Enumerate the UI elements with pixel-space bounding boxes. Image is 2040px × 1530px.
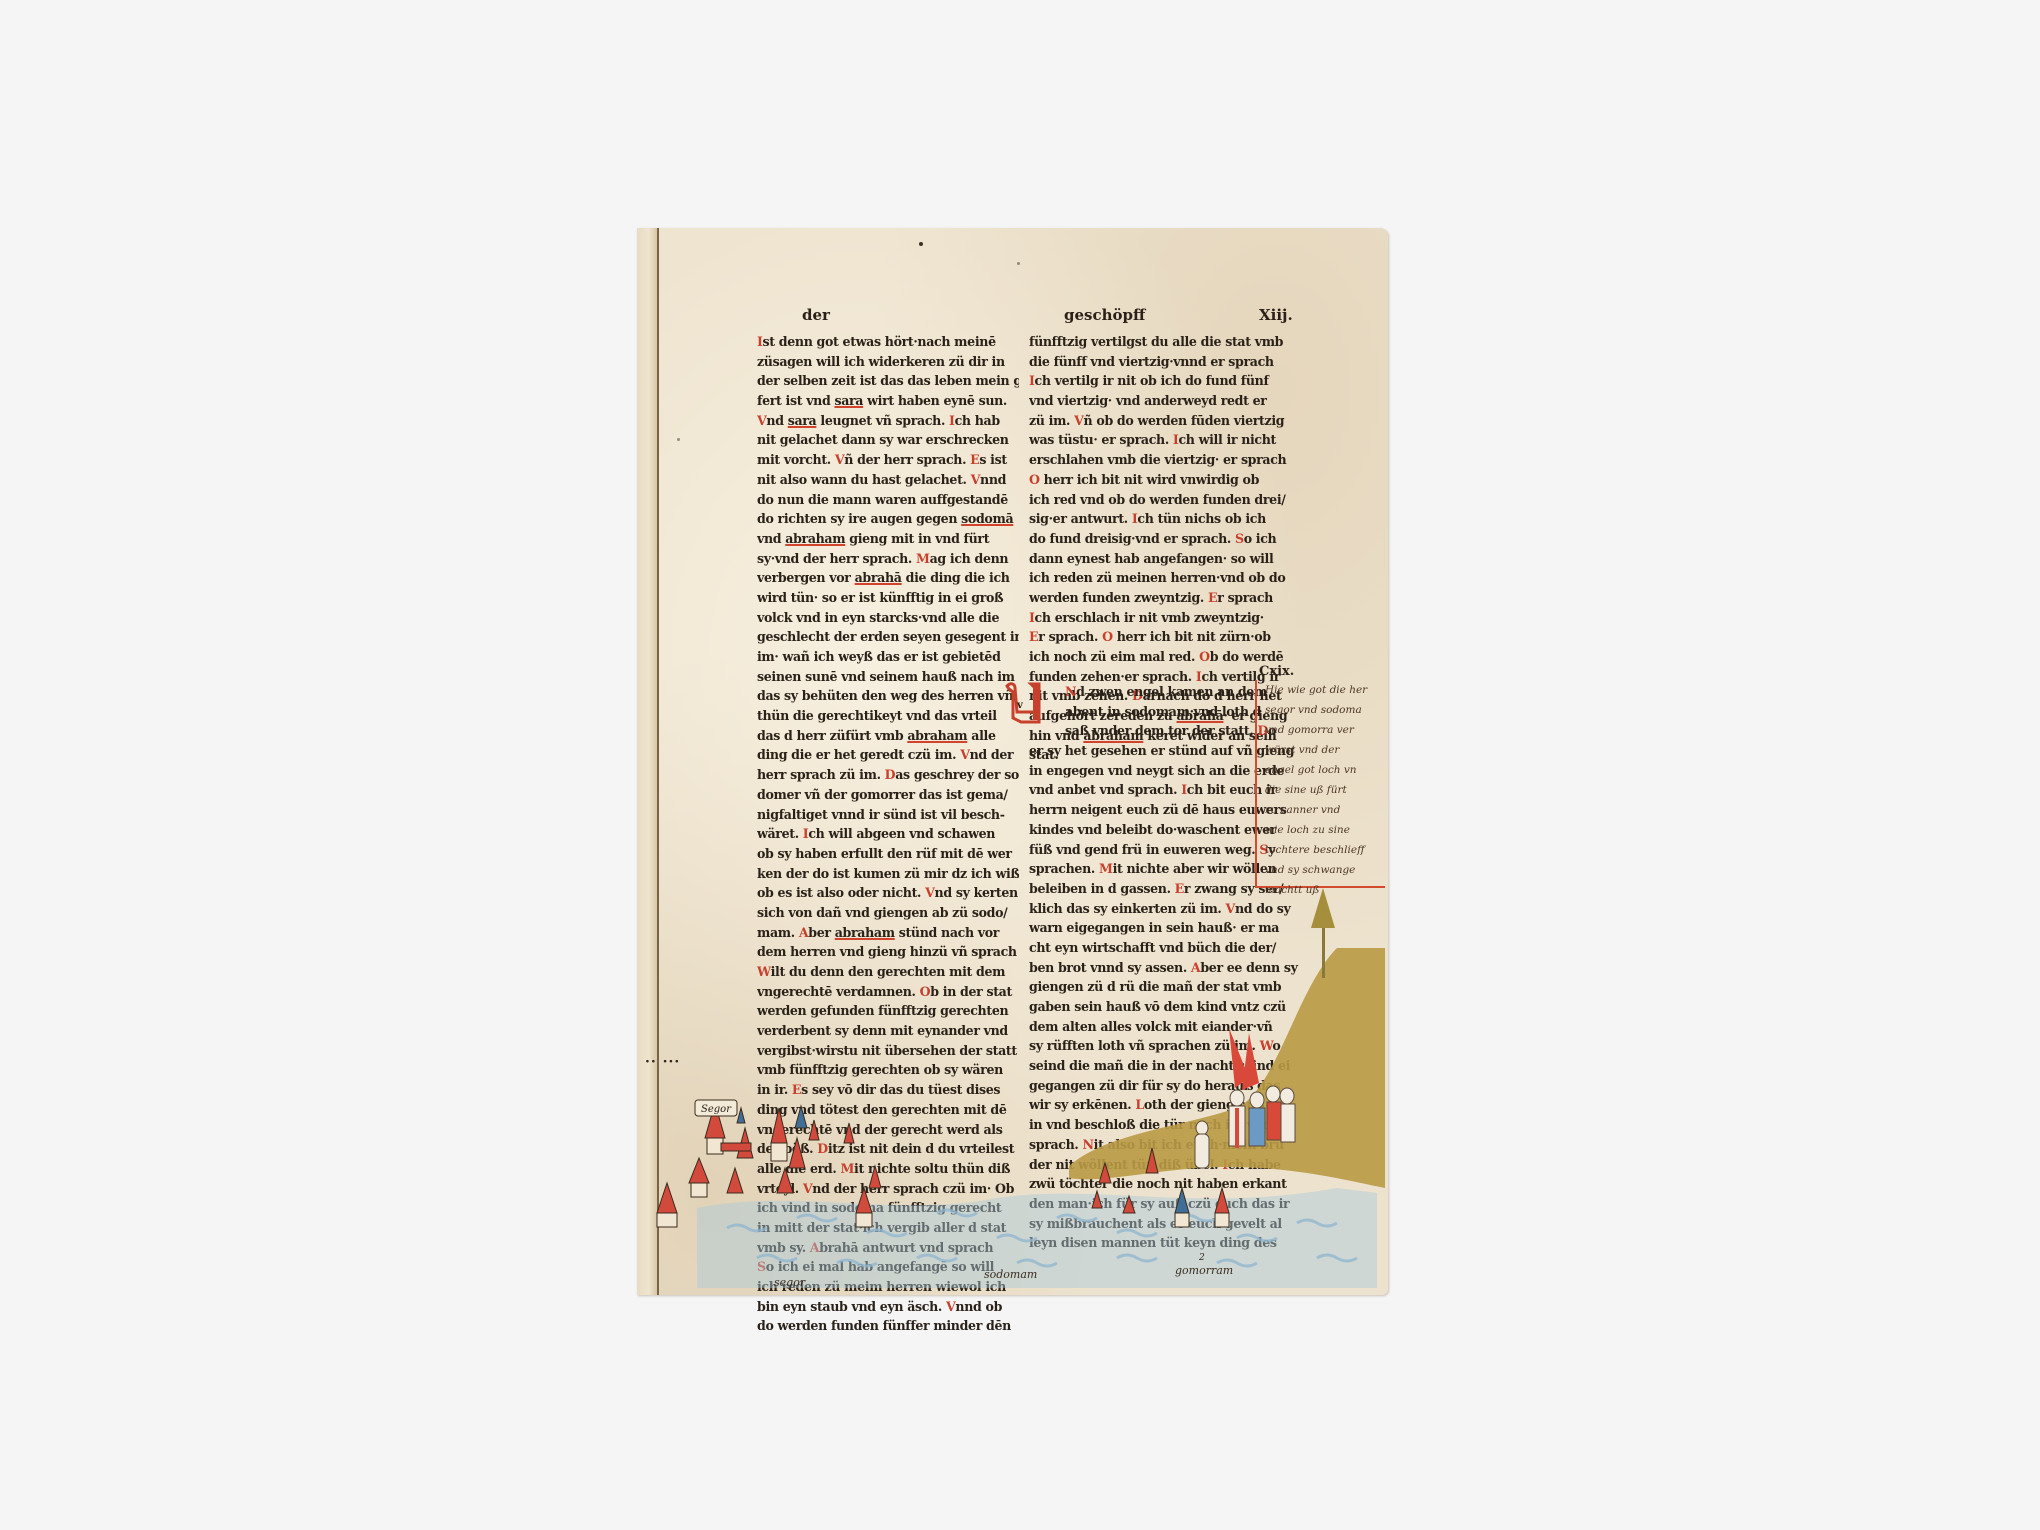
text-line: in ir. Es sey vō dir das du tüest dises bbox=[757, 1080, 1019, 1100]
text-line: zü im. Vñ ob do werden fūden viertzig bbox=[1029, 411, 1299, 431]
marginal-note-line: segor vnd sodoma bbox=[1265, 700, 1385, 720]
marginal-note-line: wie loch zu sine bbox=[1265, 820, 1385, 840]
marginal-note-line: machtt uß bbox=[1265, 880, 1385, 900]
text-line: im· wañ ich weyß das er ist gebietēd bbox=[757, 647, 1019, 667]
text-line: sprach. Nit also bit ich euch·mein brü bbox=[1029, 1135, 1299, 1155]
caption-segor: segor bbox=[774, 1276, 805, 1289]
text-line: Ich erschlach ir nit vmb zweyntzig· bbox=[1029, 608, 1299, 628]
text-line: der böß. Ditz ist nit dein d du vrteiles… bbox=[757, 1139, 1019, 1159]
text-line: gaben sein hauß vō dem kind vntz czü bbox=[1029, 997, 1299, 1017]
text-line: geschlecht der erden seyen gesegent in bbox=[757, 627, 1019, 647]
text-line: seind die mañ die in der nacht seind ei bbox=[1029, 1056, 1299, 1076]
caption-sodomam: sodomam bbox=[984, 1268, 1037, 1281]
text-line: sich von dañ vnd giengen ab zü sodo/ bbox=[757, 903, 1019, 923]
text-line: vmb sy. Abrahā antwurt vnd sprach bbox=[757, 1238, 1019, 1258]
text-line: vnd viertzig· vnd anderweyd redt er bbox=[1029, 391, 1299, 411]
text-line: Ich vertilg ir nit ob ich do fund fünf bbox=[1029, 371, 1299, 391]
text-line: dann eynest hab angefangen· so will bbox=[1029, 549, 1299, 569]
text-line: ich red vnd ob do werden funden drei/ bbox=[1029, 490, 1299, 510]
text-line: thün die gerechtikeyt vnd das vrteil bbox=[757, 706, 1019, 726]
guide-letter: v bbox=[1016, 700, 1024, 711]
text-line: do nun die mann waren auffgestandē bbox=[757, 490, 1019, 510]
text-line: domer vñ der gomorrer das ist gema/ bbox=[757, 785, 1019, 805]
marginal-note-line: engel got loch vn bbox=[1265, 760, 1385, 780]
text-line: gegangen zü dir für sy do herauß das bbox=[1029, 1076, 1299, 1096]
marginal-note-line: würst vnd der bbox=[1265, 740, 1385, 760]
text-line: do richten sy ire augen gegen sodomā bbox=[757, 509, 1019, 529]
marginal-note-line: die sine uß fürt bbox=[1265, 780, 1385, 800]
caption-mark: 2 bbox=[1199, 1253, 1205, 1263]
text-line: Ist denn got etwas hört·nach meinē bbox=[757, 332, 1019, 352]
binding-gutter bbox=[637, 228, 659, 1295]
text-line: volck vnd in eyn starcks·vnd alle die bbox=[757, 608, 1019, 628]
text-line: Er sprach. O herr ich bit nit zürn·ob bbox=[1029, 627, 1299, 647]
text-line: vrteyl. Vnd der herr sprach czü im· Ob bbox=[757, 1179, 1019, 1199]
text-line: ob es ist also oder nicht. Vnd sy kerten bbox=[757, 883, 1019, 903]
banner-label: Segor bbox=[701, 1104, 732, 1115]
text-line: mit vorcht. Vñ der herr sprach. Es ist bbox=[757, 450, 1019, 470]
text-line: zwü töchter die noch nit haben erkant bbox=[1029, 1174, 1299, 1194]
text-line: sy mißbrauchent als es euch gevelt al bbox=[1029, 1214, 1299, 1234]
text-line: vngerechtē vnd der gerecht werd als bbox=[757, 1120, 1019, 1140]
text-line: ben brot vnnd sy assen. Aber ee denn sy bbox=[1029, 958, 1299, 978]
text-line: werden gefunden fünfftzig gerechten bbox=[757, 1001, 1019, 1021]
text-line: ich vind in sodoma fünfftzig gerecht bbox=[757, 1198, 1019, 1218]
handwritten-marginal-note: Hie wie got die hersegor vnd sodomavnd g… bbox=[1255, 680, 1385, 888]
running-head-center: geschöpff bbox=[1064, 306, 1145, 324]
text-line: nit gelachet dann sy war erschrecken bbox=[757, 430, 1019, 450]
text-line: wir sy erkēnen. Loth der gieng auß zü bbox=[1029, 1095, 1299, 1115]
text-line: dem herren vnd gieng hinzü vñ sprach bbox=[757, 942, 1019, 962]
text-line: werden funden zweyntzig. Er sprach bbox=[1029, 588, 1299, 608]
text-line: mam. Aber abraham stünd nach vor bbox=[757, 923, 1019, 943]
text-line: der selben zeit ist das das leben mein g… bbox=[757, 371, 1019, 391]
text-line: do werden funden fünffer minder dēn bbox=[757, 1316, 1019, 1336]
text-line: erschlahen vmb die viertzig· er sprach bbox=[1029, 450, 1299, 470]
text-line: vmb fünfftzig gerechten ob sy wären bbox=[757, 1060, 1019, 1080]
marginal-note-line: vnd sy schwange bbox=[1265, 860, 1385, 880]
text-line: fünfftzig vertilgst du alle die stat vmb bbox=[1029, 332, 1299, 352]
text-line: leyn disen mannen tüt keyn ding des bbox=[1029, 1233, 1299, 1253]
text-line: sy rüfften loth vñ sprachen zü im. Wo bbox=[1029, 1036, 1299, 1056]
text-line: klich das sy einkerten zü im. Vnd do sy bbox=[1029, 899, 1299, 919]
text-line: das sy behüten den weg des herren vñ bbox=[757, 686, 1019, 706]
text-line: dem alten alles volck mit eiander·vñ bbox=[1029, 1017, 1299, 1037]
text-line: ob sy haben erfullt den rüf mit dē wer bbox=[757, 844, 1019, 864]
text-line: wird tün· so er ist künfftig in ei groß bbox=[757, 588, 1019, 608]
marginal-note-line: tochtere beschlieff bbox=[1265, 840, 1385, 860]
text-line: O herr ich bit nit wird vnwirdig ob bbox=[1029, 470, 1299, 490]
text-line: giengen zü d rü die mañ der stat vmb bbox=[1029, 977, 1299, 997]
running-head-left: der bbox=[802, 306, 830, 324]
text-line: das d herr züfürt vmb abraham alle bbox=[757, 726, 1019, 746]
text-line: vngerechtē verdamnen. Ob in der stat bbox=[757, 982, 1019, 1002]
folio-number: Xiij. bbox=[1259, 306, 1293, 324]
text-line: herr sprach zü im. Das geschrey der so bbox=[757, 765, 1019, 785]
text-line: wäret. Ich will abgeen vnd schawen bbox=[757, 824, 1019, 844]
text-line: ding vnd tötest den gerechten mit dē bbox=[757, 1100, 1019, 1120]
text-line: bin eyn staub vnd eyn äsch. Vnnd ob bbox=[757, 1297, 1019, 1317]
text-line: nit also wann du hast gelachet. Vnnd bbox=[757, 470, 1019, 490]
marginal-note-line: vnd gomorra ver bbox=[1265, 720, 1385, 740]
text-line: seinen sunē vnd seinem hauß nach im bbox=[757, 667, 1019, 687]
text-line: ich reden zü meinen herren·vnd ob do bbox=[1029, 568, 1299, 588]
text-line: ken der do ist kumen zü mir dz ich wiß bbox=[757, 864, 1019, 884]
text-line: Vnd sara leugnet vñ sprach. Ich hab bbox=[757, 411, 1019, 431]
text-line: in mitt der stat·ich vergib aller d stat bbox=[757, 1218, 1019, 1238]
text-line: die fünff vnd viertzig·vnnd er sprach bbox=[1029, 352, 1299, 372]
text-line: warn eigegangen in sein hauß· er ma bbox=[1029, 918, 1299, 938]
marginal-note-line: Hie wie got die her bbox=[1265, 680, 1385, 700]
text-line: verbergen vor abrahā die ding die ich bbox=[757, 568, 1019, 588]
text-column-left: Ist denn got etwas hört·nach meinēzüsage… bbox=[757, 332, 1019, 1336]
text-line: nigfaltiget vnnd ir sünd ist vil besch- bbox=[757, 805, 1019, 825]
text-line: Wilt du denn den gerechten mit dem bbox=[757, 962, 1019, 982]
text-line: sy·vnd der herr sprach. Mag ich denn bbox=[757, 549, 1019, 569]
text-line: alle die erd. Mit nichte soltu thün diß bbox=[757, 1159, 1019, 1179]
chapter-number: Cxix. bbox=[1259, 664, 1294, 679]
text-line: in vnd beschloß die tür nach im vnnd bbox=[1029, 1115, 1299, 1135]
manuscript-page: der geschöpff Xiij. Ist denn got etwas h… bbox=[637, 228, 1388, 1295]
margin-dots: ·· ··· bbox=[645, 1054, 680, 1070]
text-line: vergibst·wirstu nit übersehen der statt bbox=[757, 1041, 1019, 1061]
text-line: züsagen will ich widerkeren zü dir in bbox=[757, 352, 1019, 372]
text-line: was tüstu· er sprach. Ich will ir nicht bbox=[1029, 430, 1299, 450]
text-line: fert ist vnd sara wirt haben eynē sun. bbox=[757, 391, 1019, 411]
text-line: den man·ich für sy auß czü euch das ir bbox=[1029, 1194, 1299, 1214]
caption-gomorram: gomorram bbox=[1175, 1264, 1233, 1277]
ink-speck bbox=[1017, 262, 1020, 265]
text-line: verderbent sy denn mit eynander vnd bbox=[757, 1021, 1019, 1041]
ink-speck bbox=[919, 242, 923, 246]
text-line: ding die er het geredt czü im. Vnd der bbox=[757, 745, 1019, 765]
marginal-note-line: zu canner vnd bbox=[1265, 800, 1385, 820]
text-line: der nit wöllent tün diß übel. Ich habe bbox=[1029, 1155, 1299, 1175]
text-line: So ich ei mal hab angefangē so will bbox=[757, 1257, 1019, 1277]
text-line: sig·er antwurt. Ich tün nichs ob ich bbox=[1029, 509, 1299, 529]
text-line: do fund dreisig·vnd er sprach. So ich bbox=[1029, 529, 1299, 549]
text-line: vnd abraham gieng mit in vnd fürt bbox=[757, 529, 1019, 549]
text-line: cht eyn wirtschafft vnd büch die der/ bbox=[1029, 938, 1299, 958]
ink-speck bbox=[677, 438, 680, 441]
